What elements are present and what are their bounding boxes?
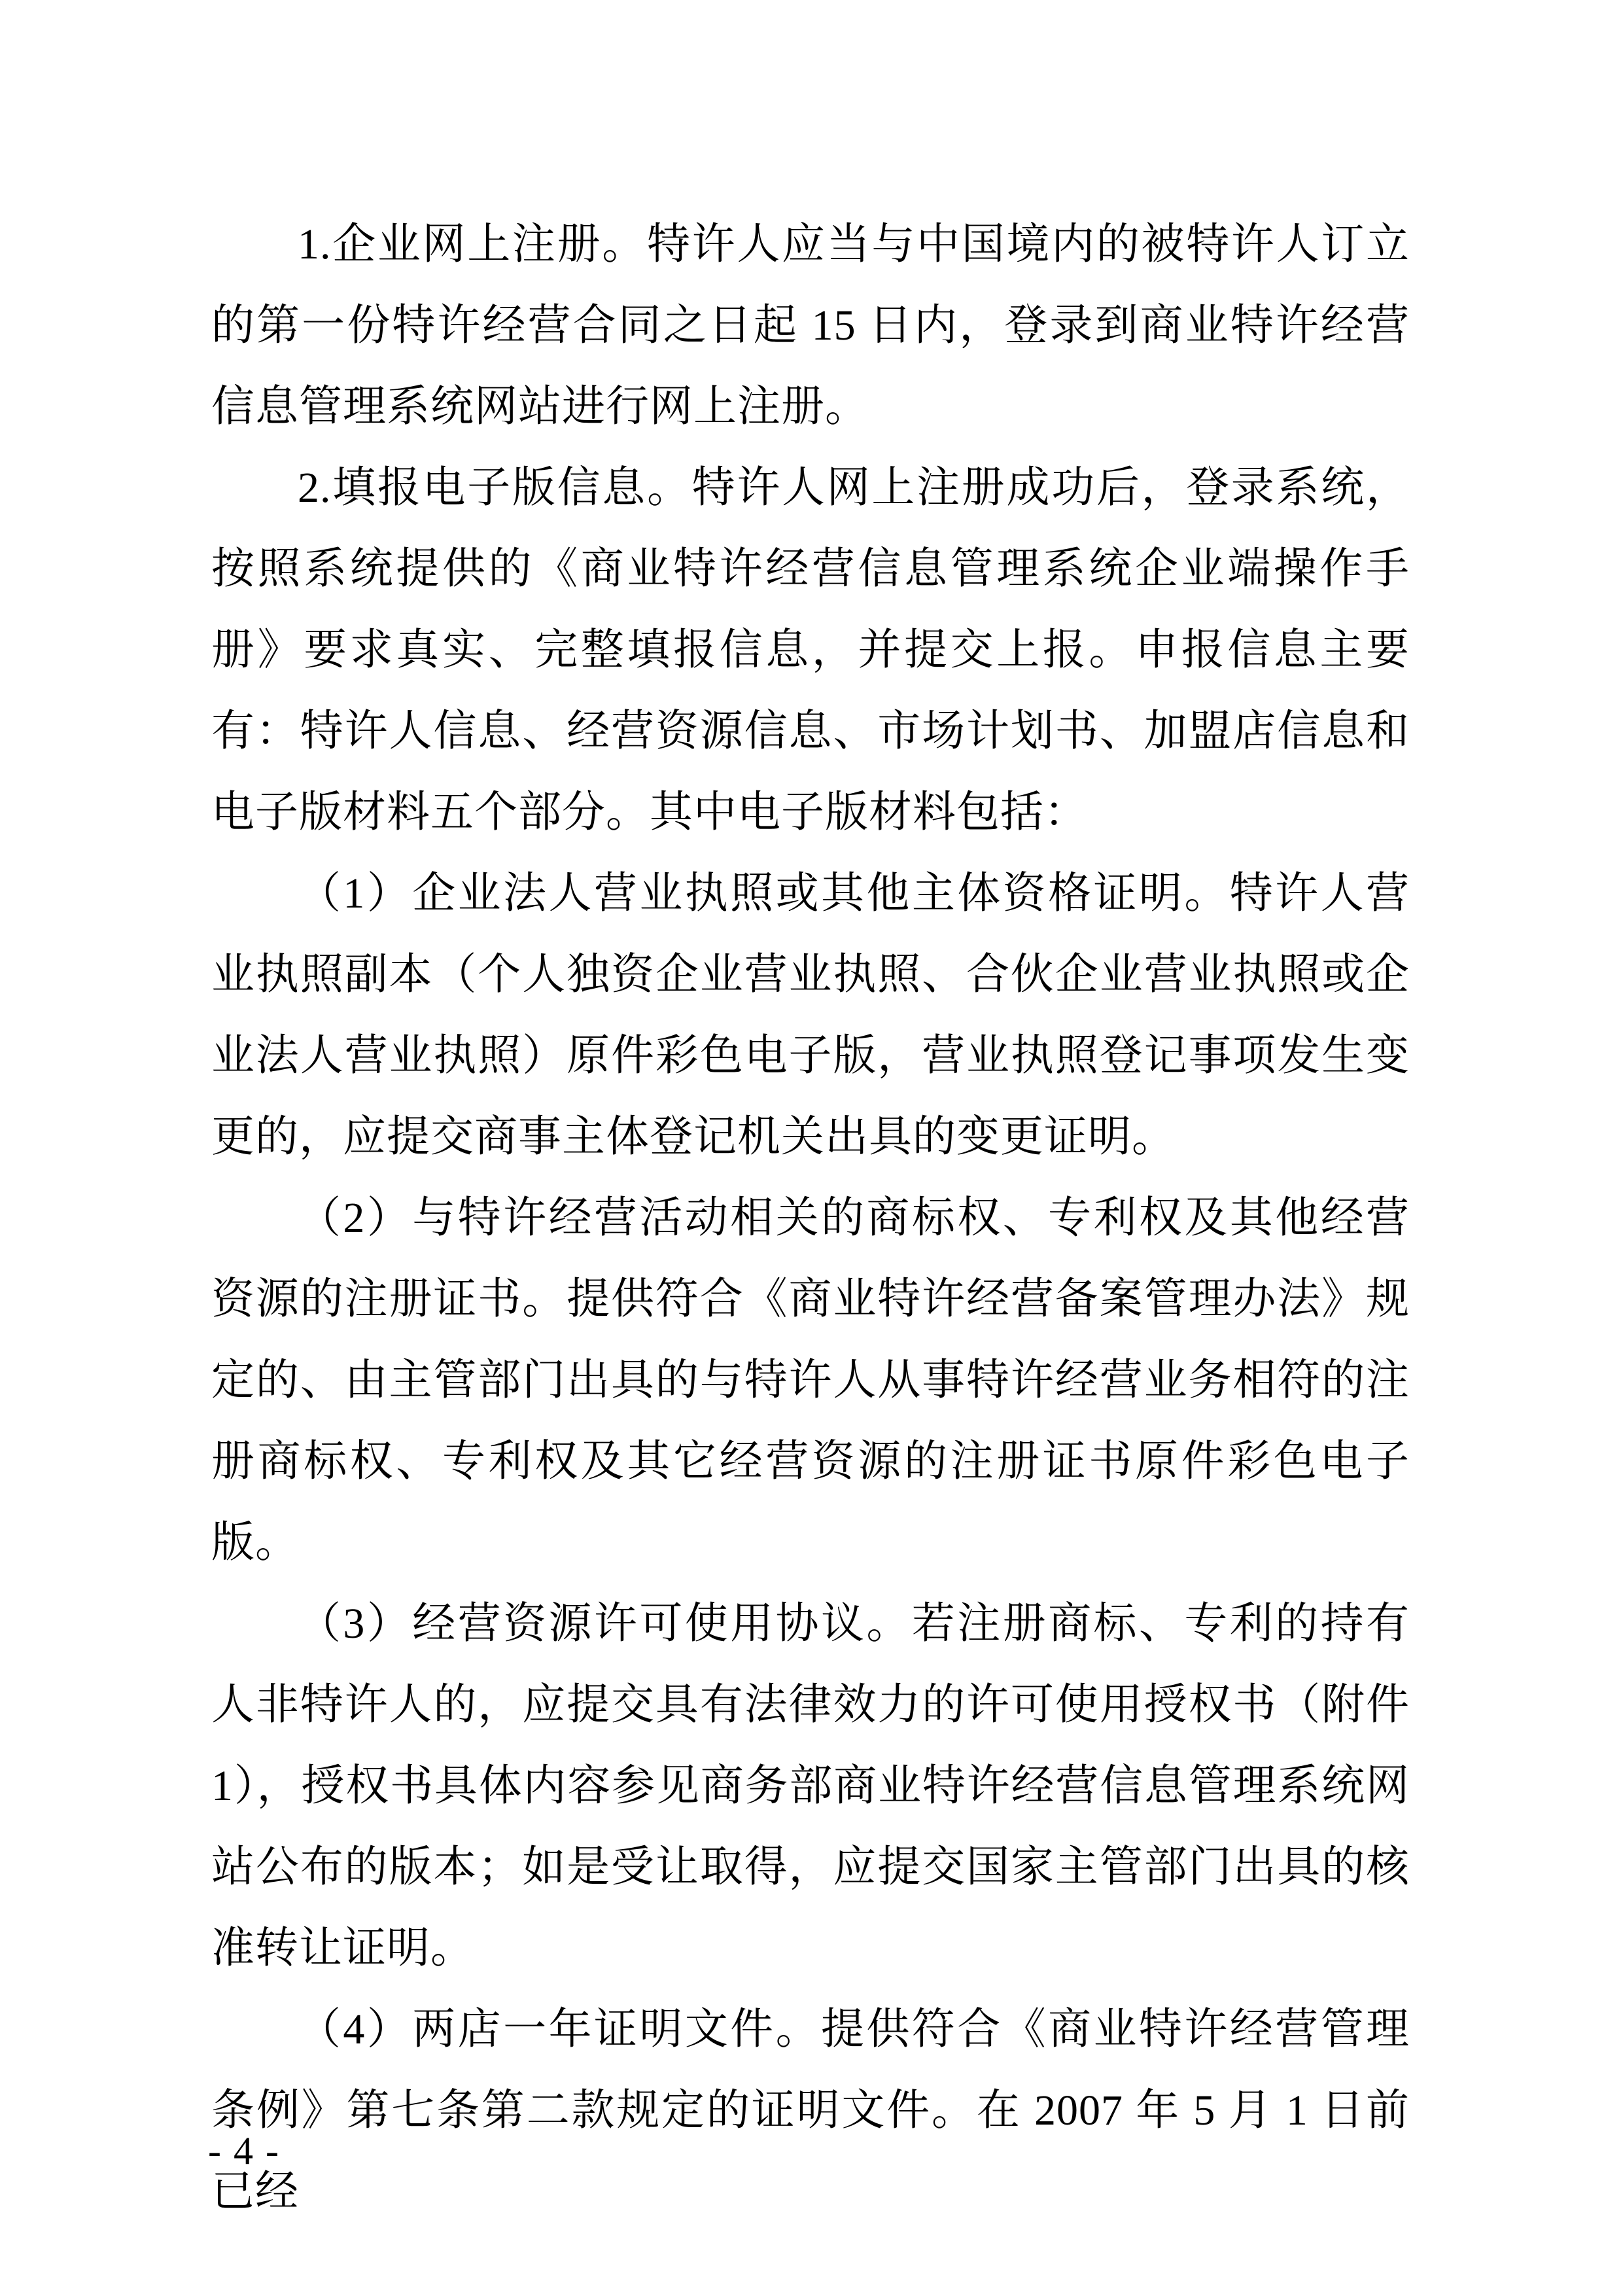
- paragraph-item-2-registration-certificates: （2）与特许经营活动相关的商标权、专利权及其他经营资源的注册证书。提供符合《商业…: [211, 1178, 1410, 1583]
- paragraph-online-registration: 1.企业网上注册。特许人应当与中国境内的被特许人订立的第一份特许经营合同之日起 …: [211, 204, 1410, 448]
- document-body: 1.企业网上注册。特许人应当与中国境内的被特许人订立的第一份特许经营合同之日起 …: [211, 204, 1410, 2233]
- paragraph-item-3-license-agreement: （3）经营资源许可使用协议。若注册商标、专利的持有人非特许人的，应提交具有法律效…: [211, 1583, 1410, 1989]
- paragraph-item-4-two-stores-one-year: （4）两店一年证明文件。提供符合《商业特许经营管理条例》第七条第二款规定的证明文…: [211, 1989, 1410, 2233]
- page-number: - 4 -: [208, 2128, 280, 2174]
- paragraph-electronic-info: 2.填报电子版信息。特许人网上注册成功后，登录系统，按照系统提供的《商业特许经营…: [211, 448, 1410, 853]
- document-page: 1.企业网上注册。特许人应当与中国境内的被特许人订立的第一份特许经营合同之日起 …: [0, 0, 1623, 2296]
- paragraph-item-1-business-license: （1）企业法人营业执照或其他主体资格证明。特许人营业执照副本（个人独资企业营业执…: [211, 853, 1410, 1178]
